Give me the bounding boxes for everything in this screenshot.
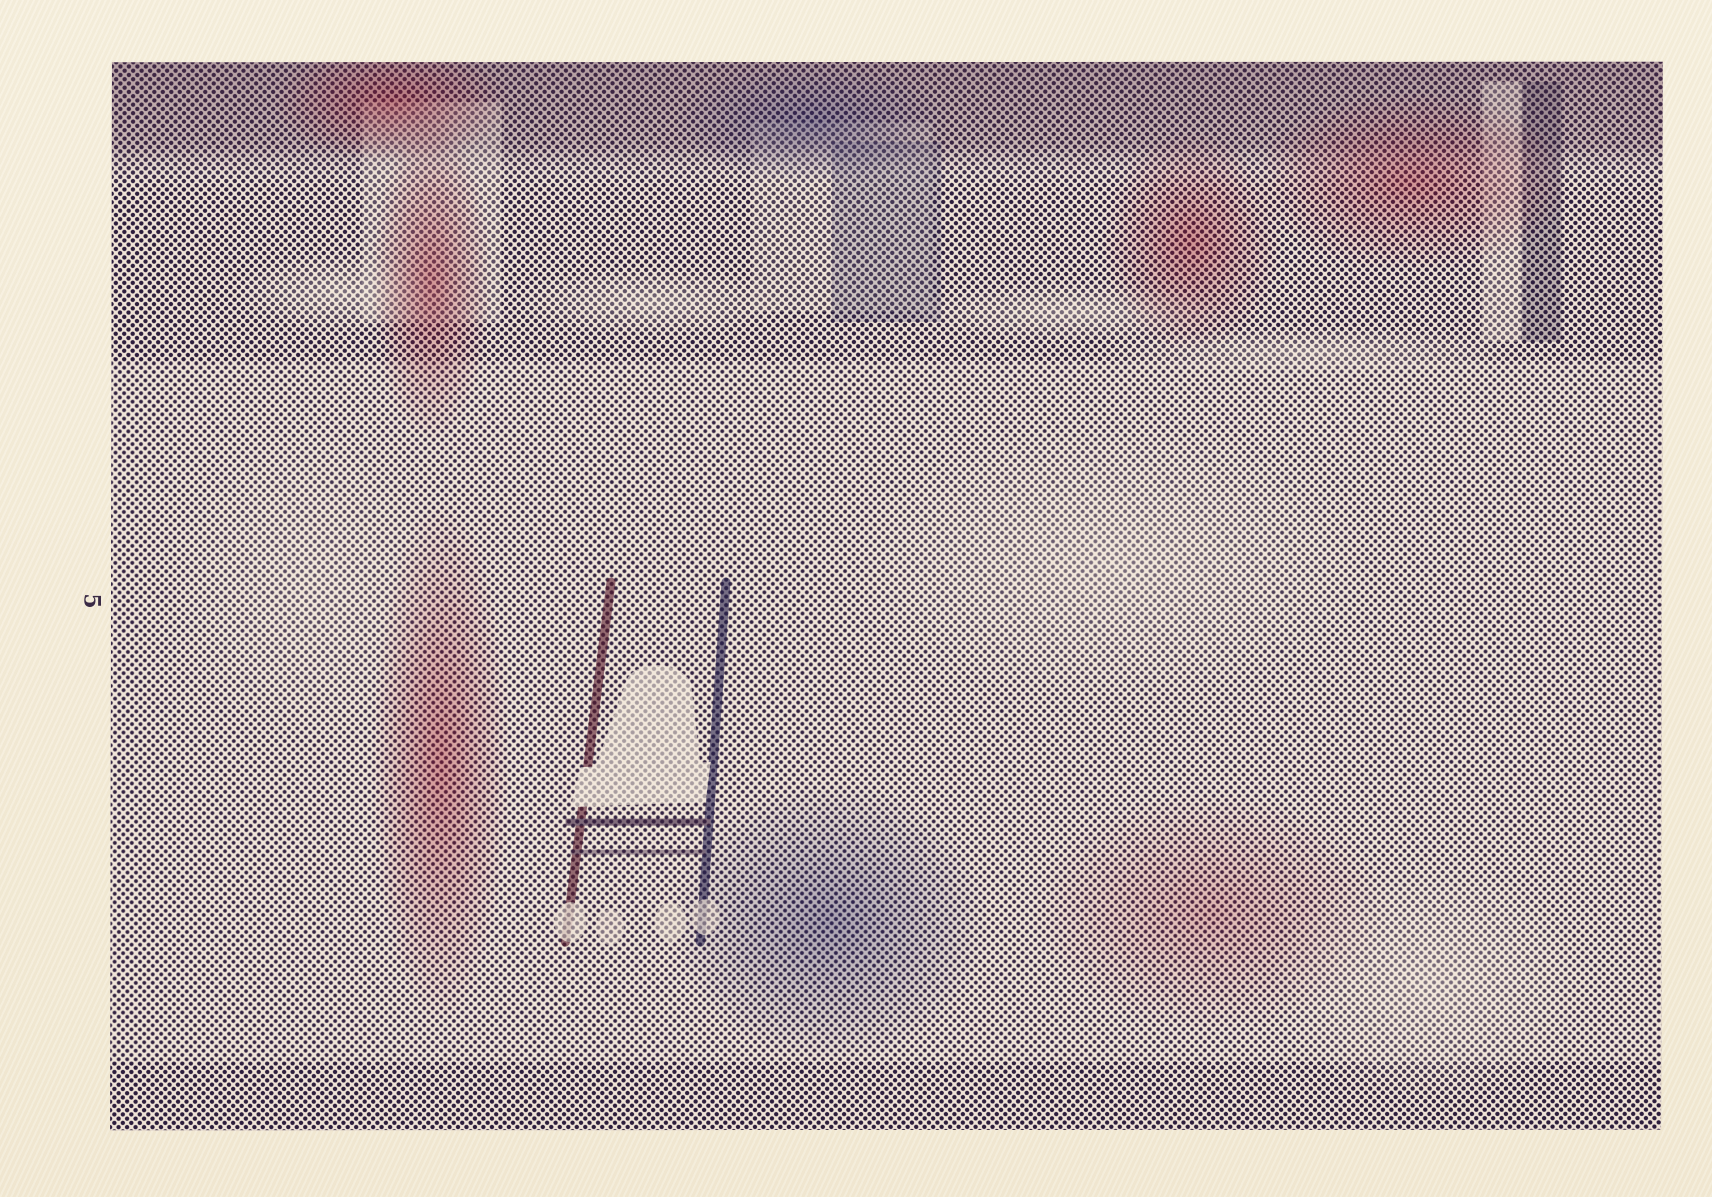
photo-scene [110, 62, 1663, 1131]
halftone-photo [110, 62, 1663, 1131]
page-number: 5 [79, 593, 105, 608]
